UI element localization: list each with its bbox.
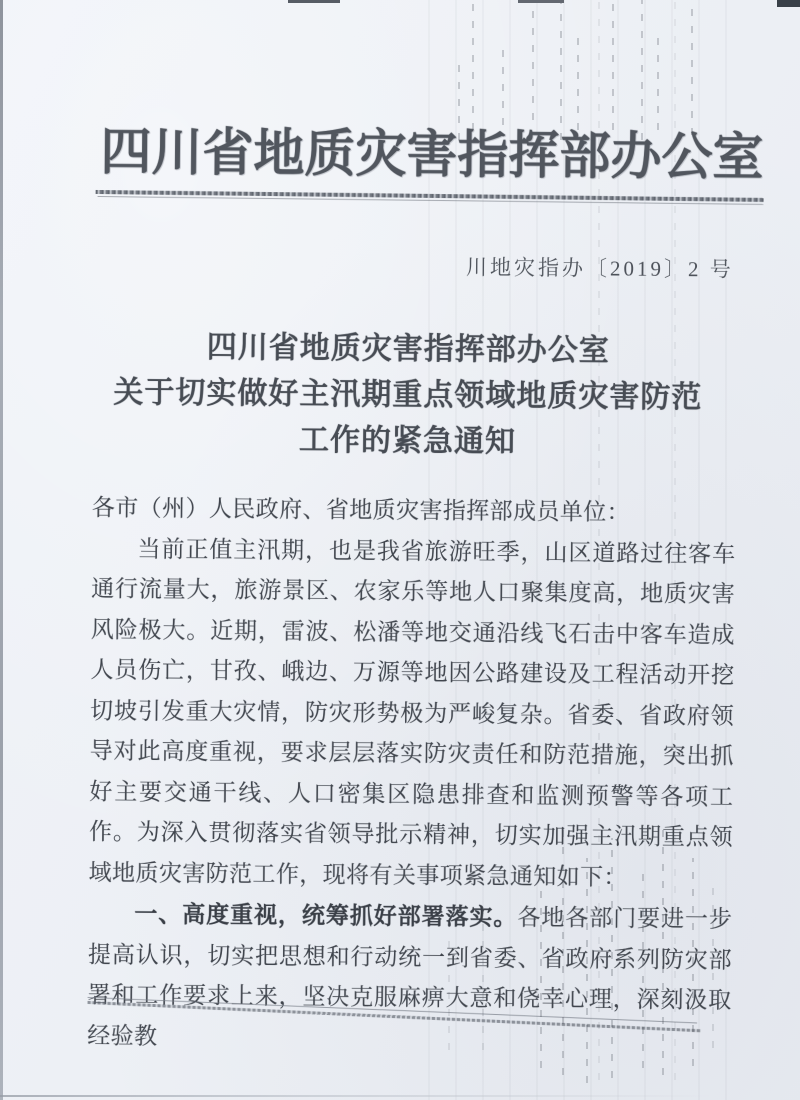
scan-artifact [586, 858, 588, 1083]
scan-artifact [691, 0, 693, 135]
scan-artifact [641, 0, 643, 140]
scan-artifact [540, 868, 542, 1068]
scan-edge-top-right [777, 0, 800, 7]
scan-artifact [674, 0, 676, 1080]
scan-artifact [502, 50, 504, 125]
scan-artifact [472, 0, 474, 130]
scan-artifact [611, 838, 613, 1078]
scan-artifact [560, 0, 562, 140]
scan-artifact [458, 55, 460, 140]
scan-artifact [562, 820, 564, 1075]
scan-edge-top [518, 0, 564, 3]
scan-edge-bottom [0, 1095, 740, 1097]
scan-artifact [692, 858, 694, 1066]
scanned-document-page: 四川省地质灾害指挥部办公室 川地灾指办〔2019〕2 号 四川省地质灾害指挥部办… [0, 0, 800, 1100]
scan-artifact [662, 830, 664, 1075]
scan-artifact [712, 880, 714, 1048]
scan-artifact [598, 0, 600, 1080]
scan-artifact [612, 0, 614, 130]
scan-artifact [482, 900, 484, 1050]
scan-artifact-band [428, 0, 728, 1100]
scan-artifact [448, 940, 450, 1050]
scan-artifact [532, 0, 534, 120]
scan-edge-left [0, 0, 3, 1100]
scan-edge-top [288, 0, 340, 3]
scan-artifact [577, 35, 579, 130]
scan-artifact [657, 30, 659, 130]
scan-artifact [642, 868, 644, 1068]
